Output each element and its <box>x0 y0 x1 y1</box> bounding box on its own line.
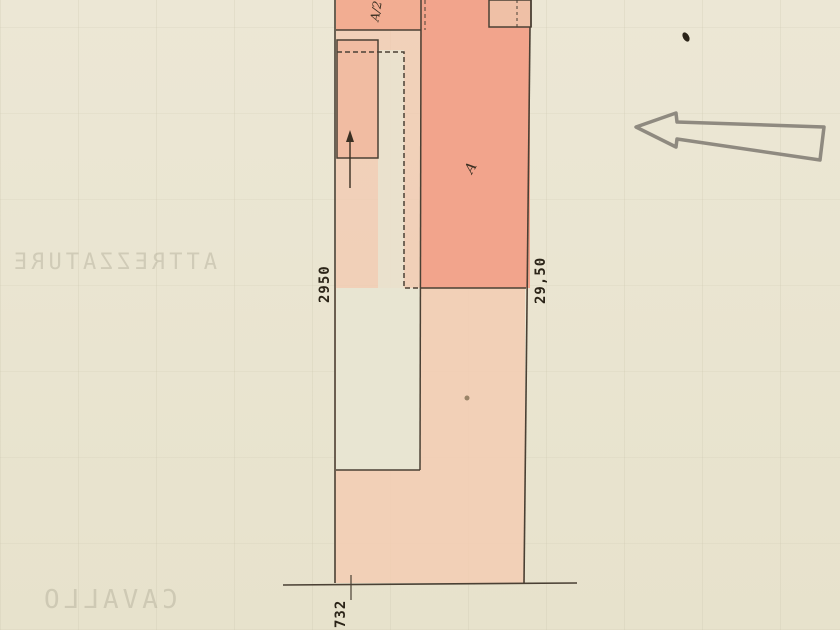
street-line <box>283 583 577 585</box>
ink-spot <box>681 31 691 43</box>
dimension-left: 2950 <box>317 265 333 303</box>
small-room <box>337 40 378 158</box>
direction-arrow-icon <box>636 113 824 160</box>
site-plan <box>0 0 840 630</box>
building-main <box>420 0 530 288</box>
courtyard <box>336 288 420 470</box>
dimension-bottom: 732 <box>333 600 349 628</box>
dimension-right: 29,50 <box>533 257 549 304</box>
top-right-notch <box>489 0 531 27</box>
